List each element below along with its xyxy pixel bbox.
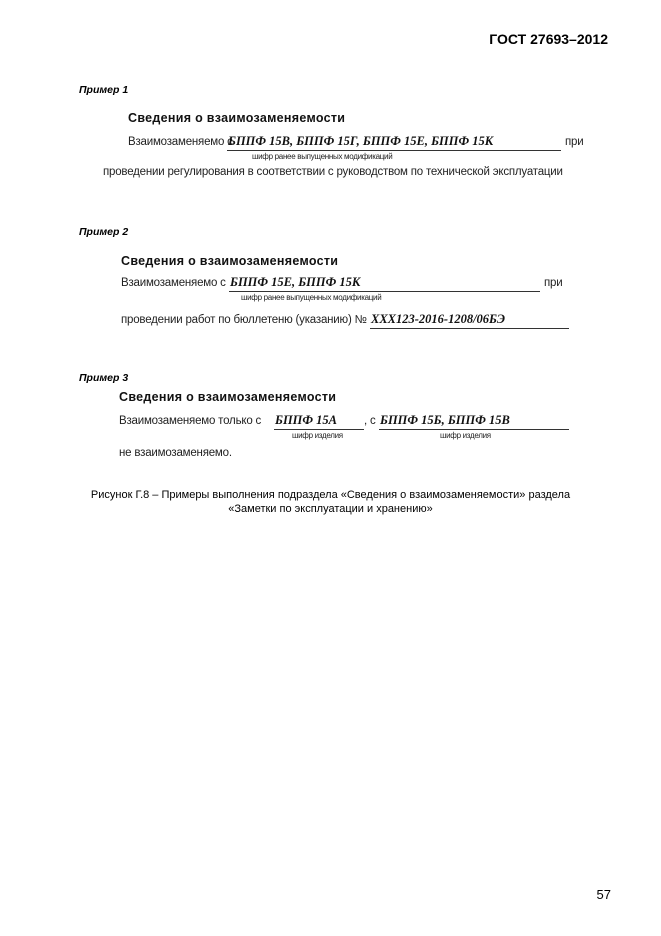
example-label: Пример 1 [79, 84, 128, 96]
interchangeable-prefix: Взаимозаменяемо с [128, 136, 233, 148]
section-title: Сведения о взаимозаменяемости [121, 254, 338, 268]
field-caption: шифр ранее выпущенных модификаций [252, 152, 392, 161]
section-title: Сведения о взаимозаменяемости [128, 111, 345, 125]
fill-underline [370, 328, 569, 329]
product-code-value-b: БППФ 15Б, БППФ 15В [380, 413, 510, 428]
example-label: Пример 3 [79, 372, 128, 384]
product-code-value-a: БППФ 15А [275, 413, 337, 428]
bulletin-prefix: проведении работ по бюллетеню (указанию)… [121, 314, 367, 326]
condition-suffix: при [565, 136, 583, 148]
figure-caption-line-1: Рисунок Г.8 – Примеры выполнения подразд… [0, 488, 661, 502]
fill-underline [229, 291, 540, 292]
example-label: Пример 2 [79, 226, 128, 238]
condition-suffix: при [544, 277, 562, 289]
fill-underline [227, 150, 561, 151]
condition-text: проведении регулирования в соответствии … [103, 166, 563, 178]
field-caption: шифр ранее выпущенных модификаций [241, 293, 381, 302]
not-interchangeable-text: не взаимозаменяемо. [119, 447, 232, 459]
standard-code-header: ГОСТ 27693–2012 [0, 31, 608, 47]
modifications-value: БППФ 15Е, БППФ 15К [230, 275, 360, 290]
section-title: Сведения о взаимозаменяемости [119, 390, 336, 404]
interchangeable-prefix: Взаимозаменяемо с [121, 277, 226, 289]
interchangeable-only-prefix: Взаимозаменяемо только с [119, 415, 261, 427]
separator-text: , с [364, 415, 376, 427]
bulletin-number-value: ХХХ123-2016-1208/06БЭ [371, 312, 505, 327]
modifications-value: БППФ 15В, БППФ 15Г, БППФ 15Е, БППФ 15К [228, 134, 493, 149]
field-caption-a: шифр изделия [292, 431, 343, 440]
figure-caption: Рисунок Г.8 – Примеры выполнения подразд… [0, 488, 661, 516]
field-caption-b: шифр изделия [440, 431, 491, 440]
fill-underline [379, 429, 569, 430]
page-number: 57 [0, 887, 611, 902]
fill-underline [274, 429, 364, 430]
figure-caption-line-2: «Заметки по эксплуатации и хранению» [0, 502, 661, 516]
